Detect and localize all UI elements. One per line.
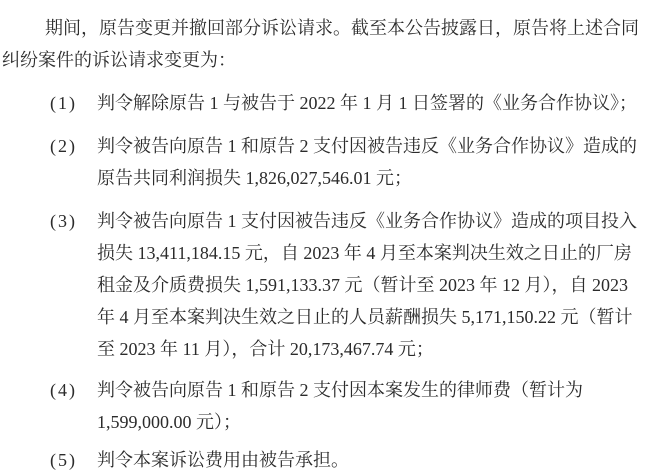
intro-paragraph: 期间，原告变更并撤回部分诉讼请求。截至本公告披露日，原告将上述合同纠纷案件的诉讼… — [2, 12, 637, 76]
claim-item-3: (3) 判令被告向原告 1 支付因被告违反《业务合作协议》造成的项目投入损失 1… — [50, 205, 630, 365]
text-line: 租金及介质费损失 1,591,133.37 元（暂计至 2023 年 12 月）… — [97, 269, 630, 301]
claim-item-4: (4) 判令被告向原告 1 和原告 2 支付因本案发生的律师费（暂计为1,599… — [50, 374, 630, 438]
document-page: 期间，原告变更并撤回部分诉讼请求。截至本公告披露日，原告将上述合同纠纷案件的诉讼… — [0, 0, 651, 475]
claim-item-5-number: (5) — [50, 444, 97, 475]
text-line: 判令被告向原告 1 和原告 2 支付因被告违反《业务合作协议》造成的 — [97, 130, 630, 162]
text-line: 判令解除原告 1 与被告于 2022 年 1 月 1 日签署的《业务合作协议》； — [97, 87, 630, 119]
claim-item-1: (1) 判令解除原告 1 与被告于 2022 年 1 月 1 日签署的《业务合作… — [50, 87, 630, 119]
claim-item-2-number: (2) — [50, 130, 97, 194]
claim-item-5: (5) 判令本案诉讼费用由被告承担。 — [50, 444, 630, 475]
text-line: 期间，原告变更并撤回部分诉讼请求。截至本公告披露日，原告将上述合同 — [2, 12, 637, 44]
claim-item-3-number: (3) — [50, 205, 97, 365]
text-line: 判令本案诉讼费用由被告承担。 — [97, 444, 630, 475]
claim-item-3-text: 判令被告向原告 1 支付因被告违反《业务合作协议》造成的项目投入损失 13,41… — [97, 205, 630, 365]
claim-item-2-text: 判令被告向原告 1 和原告 2 支付因被告违反《业务合作协议》造成的原告共同利润… — [97, 130, 630, 194]
text-line: 纠纷案件的诉讼请求变更为： — [2, 44, 637, 76]
text-line: 年 4 月至本案判决生效之日止的人员薪酬损失 5,171,150.22 元（暂计 — [97, 301, 630, 333]
claim-item-2: (2) 判令被告向原告 1 和原告 2 支付因被告违反《业务合作协议》造成的原告… — [50, 130, 630, 194]
claim-item-4-number: (4) — [50, 374, 97, 438]
claim-item-5-text: 判令本案诉讼费用由被告承担。 — [97, 444, 630, 475]
text-line: 至 2023 年 11 月），合计 20,173,467.74 元； — [97, 333, 630, 365]
claim-item-1-number: (1) — [50, 87, 97, 119]
text-line: 原告共同利润损失 1,826,027,546.01 元； — [97, 162, 630, 194]
text-line: 1,599,000.00 元）； — [97, 406, 630, 438]
text-line: 判令被告向原告 1 支付因被告违反《业务合作协议》造成的项目投入 — [97, 205, 630, 237]
claim-item-1-text: 判令解除原告 1 与被告于 2022 年 1 月 1 日签署的《业务合作协议》； — [97, 87, 630, 119]
text-line: 损失 13,411,184.15 元，自 2023 年 4 月至本案判决生效之日… — [97, 237, 630, 269]
text-line: 判令被告向原告 1 和原告 2 支付因本案发生的律师费（暂计为 — [97, 374, 630, 406]
claim-item-4-text: 判令被告向原告 1 和原告 2 支付因本案发生的律师费（暂计为1,599,000… — [97, 374, 630, 438]
